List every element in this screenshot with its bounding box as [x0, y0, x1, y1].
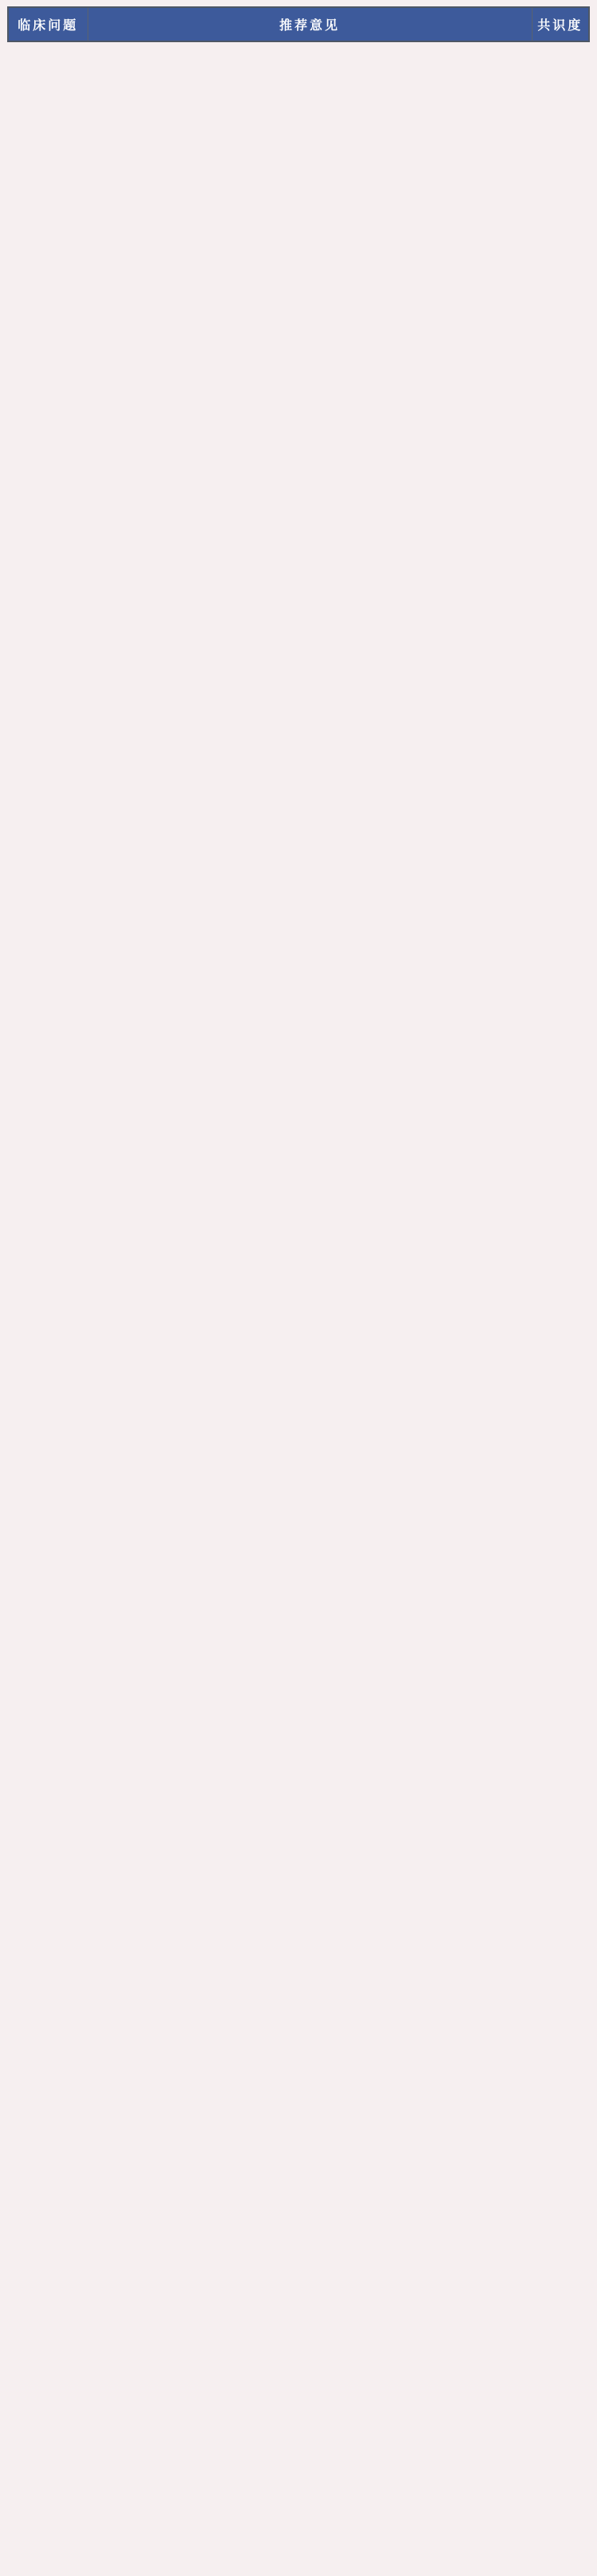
recommendation-header: 推荐意见 [88, 7, 532, 41]
consensus-header: 共识度 [532, 7, 589, 41]
consensus-tables-container: 临床问题推荐意见共识度 [7, 6, 590, 84]
consensus-document-page: 临床问题推荐意见共识度 [0, 0, 597, 92]
recommendations-table-block-1: 临床问题推荐意见共识度 [7, 6, 590, 42]
clinical-question-header: 临床问题 [8, 7, 88, 41]
table-header-row: 临床问题推荐意见共识度 [8, 7, 589, 41]
